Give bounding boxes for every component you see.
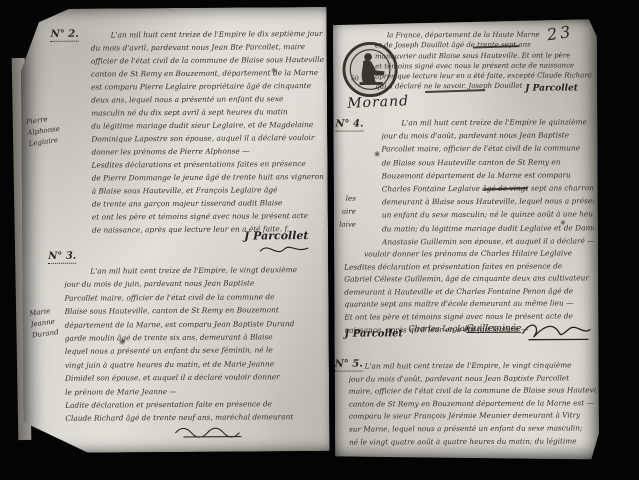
manuscript-line: département de la Marne, est comparu Jea… xyxy=(65,317,327,332)
entry-5-body: L'an mil huit cent treize de l'Empire, l… xyxy=(349,359,597,448)
ink-blot xyxy=(271,67,277,73)
ink-blot xyxy=(560,219,566,225)
entry-4-margin-name-clipped: lesairelaive xyxy=(334,193,356,232)
entry-2-number: N° 2. xyxy=(51,29,79,42)
manuscript-line: Bouzemont département de la Marne est co… xyxy=(382,168,594,182)
entry-4-number: N° 4. xyxy=(335,119,363,132)
manuscript-line: aire xyxy=(334,206,356,219)
right-page: 50 23 la France, département de la Haute… xyxy=(333,19,599,460)
stamp-value: 50 xyxy=(351,75,359,82)
manuscript-line: sur Marne, lequel nous a présenté un enf… xyxy=(349,422,597,436)
manuscript-line: est comparu Pierre Leglaire propriétaire… xyxy=(91,79,327,94)
entry-4-signature-guilleminee: Guilleminée xyxy=(466,324,521,334)
signature-morand: Morand xyxy=(347,93,409,111)
manuscript-line: les xyxy=(334,193,356,206)
manuscript-line: L'an mil huit cent treize de l'Empire, l… xyxy=(349,359,597,373)
manuscript-line: de Pierre Dommange le jeune âgé de trent… xyxy=(92,170,328,185)
signature-flourish-large xyxy=(520,315,592,343)
entry-2-margin-name: PierreAlphonseLeglaire xyxy=(25,113,62,150)
entry-4-signature-parcollet: J Parcollet xyxy=(344,328,403,339)
entry-2-body: L'an mil huit cent treize de l'Empire le… xyxy=(91,27,328,237)
closing-flourish xyxy=(173,425,249,440)
manuscript-line: né le vingt quatre août à quatre heures … xyxy=(349,435,597,449)
manuscript-line: laive xyxy=(334,219,356,232)
manuscript-line: Dominique Lapostre son épouse, auquel il… xyxy=(91,131,327,146)
entry-3-margin-name: MarieJeanneDurand xyxy=(29,305,60,341)
left-page: N° 2. PierreAlphonseLeglaire L'an mil hu… xyxy=(20,7,329,453)
manuscript-line: de Blaise sous Hauteville canton de St R… xyxy=(382,155,594,169)
ink-blot xyxy=(119,338,126,345)
ink-blot xyxy=(374,150,381,157)
signature-flourish xyxy=(258,243,310,257)
manuscript-line: Claude Richard âgé de trente neuf ans, m… xyxy=(65,410,327,425)
manuscript-line: Durand xyxy=(31,327,59,341)
manuscript-line: et ont les père et témoins signé avec no… xyxy=(92,209,328,224)
signature-parcollet-top: J Parcollet xyxy=(525,83,578,93)
entry-3-number: N° 3. xyxy=(48,251,76,264)
manuscript-line: jour du mois d'août, pardevant nous Jean… xyxy=(381,129,593,143)
manuscript-line: L'an mil huit cent treize de l'Empire le… xyxy=(381,115,593,129)
entry-2-signature-parcollet: J Parcollet xyxy=(244,229,308,242)
register-scan: N° 2. PierreAlphonseLeglaire L'an mil hu… xyxy=(0,0,639,480)
manuscript-line: Anastasie Guillemin son épouse, et auque… xyxy=(382,234,594,248)
manuscript-line: L'an mil huit cent treize de l'Empire, l… xyxy=(64,263,326,278)
manuscript-line: Gabriel Céleste Guillemin, âgé de cinqua… xyxy=(344,273,594,287)
manuscript-line: après que lecture leur en a été faite, e… xyxy=(375,71,591,82)
manuscript-line: vouloir donner les prénoms de Charles Hi… xyxy=(344,247,594,261)
manuscript-line: Parcollet maire, officier de l'état civi… xyxy=(381,142,593,156)
entry-3-body: L'an mil huit cent treize de l'Empire, l… xyxy=(64,263,327,426)
entry-4-body-upper: L'an mil huit cent treize de l'Empire le… xyxy=(381,115,594,248)
manuscript-line: demeurant à Blaise sous Hauteville, lequ… xyxy=(382,195,594,209)
manuscript-line: maire, officier de l'état civil de la co… xyxy=(349,385,597,399)
